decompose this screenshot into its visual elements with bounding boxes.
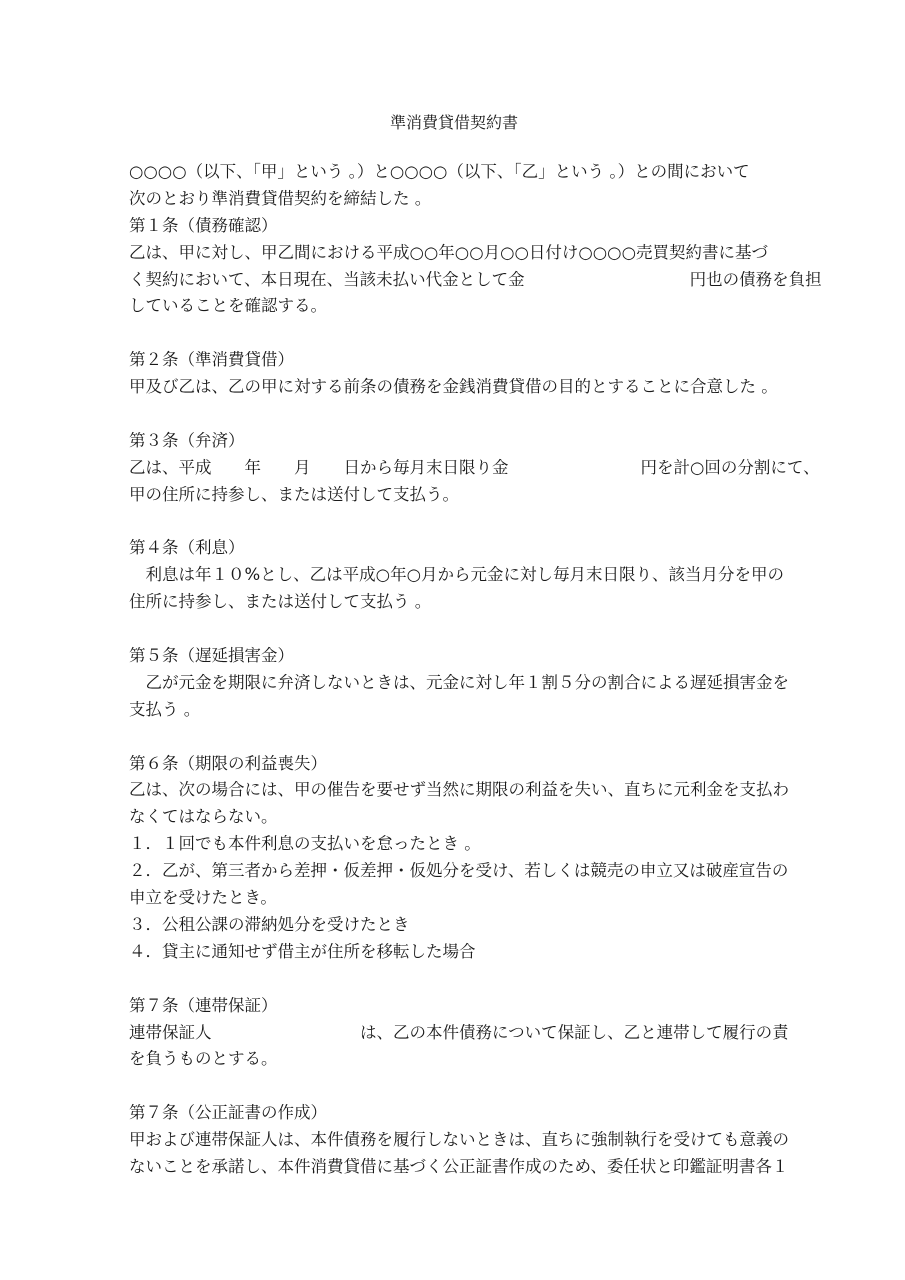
- article-line: ないことを承諾し、本件消費貸借に基づく公正証書作成のため、委任状と印鑑証明書各１: [129, 1154, 779, 1181]
- article-line: 連帯保証人 は、乙の本件債務について保証し、乙と連帯して履行の責: [129, 1020, 779, 1047]
- article-7-guarantee: 第７条（連帯保証） 連帯保証人 は、乙の本件債務について保証し、乙と連帯して履行…: [129, 993, 779, 1074]
- article-line: く契約において、本日現在、当該未払い代金として金 円也の債務を負担: [129, 267, 779, 294]
- preamble-line: 次のとおり準消費貸借契約を締結した 。: [129, 186, 779, 213]
- document-body: ○○○○（以下、「甲」という 。）と○○○○（以下、「乙」という 。）との間にお…: [129, 159, 779, 1181]
- list-item: ３．公租公課の滞納処分を受けたとき: [129, 912, 779, 939]
- article-4: 第４条（利息） 利息は年１０%とし、乙は平成○年○月から元金に対し毎月末日限り、…: [129, 535, 779, 616]
- article-5: 第５条（遅延損害金） 乙が元金を期限に弁済しないときは、元金に対し年１割５分の割…: [129, 643, 779, 724]
- list-item: ４．貸主に通知せず借主が住所を移転した場合: [129, 939, 779, 966]
- article-heading: 第５条（遅延損害金）: [129, 643, 779, 670]
- article-1: 第１条（債務確認） 乙は、甲に対し、甲乙間における平成○○年○○月○○日付け○○…: [129, 213, 779, 321]
- list-item-continued: 申立を受けたとき。: [129, 885, 779, 912]
- article-line: 乙が元金を期限に弁済しないときは、元金に対し年１割５分の割合による遅延損害金を: [129, 670, 779, 697]
- spacer: [129, 724, 779, 751]
- article-3: 第３条（弁済） 乙は、平成 年 月 日から毎月末日限り金 円を計○回の分割にて、…: [129, 428, 779, 509]
- article-heading: 第７条（連帯保証）: [129, 993, 779, 1020]
- article-line: 住所に持参し、または送付して支払う 。: [129, 589, 779, 616]
- article-line: 支払う 。: [129, 697, 779, 724]
- article-line: していることを確認する。: [129, 293, 779, 320]
- article-heading: 第７条（公正証書の作成）: [129, 1100, 779, 1127]
- article-line: 乙は、甲に対し、甲乙間における平成○○年○○月○○日付け○○○○売買契約書に基づ: [129, 240, 779, 267]
- article-line: 甲の住所に持参し、または送付して支払う。: [129, 482, 779, 509]
- spacer: [129, 1073, 779, 1100]
- article-heading: 第１条（債務確認）: [129, 213, 779, 240]
- article-line: 利息は年１０%とし、乙は平成○年○月から元金に対し毎月末日限り、該当月分を甲の: [129, 562, 779, 589]
- article-heading: 第３条（弁済）: [129, 428, 779, 455]
- article-heading: 第４条（利息）: [129, 535, 779, 562]
- article-7-notarial-deed: 第７条（公正証書の作成） 甲および連帯保証人は、本件債務を履行しないときは、直ち…: [129, 1100, 779, 1181]
- spacer: [129, 320, 779, 347]
- article-line: 乙は、平成 年 月 日から毎月末日限り金 円を計○回の分割にて、: [129, 455, 779, 482]
- article-line: 甲および連帯保証人は、本件債務を履行しないときは、直ちに強制執行を受けても意義の: [129, 1127, 779, 1154]
- article-line: を負うものとする。: [129, 1046, 779, 1073]
- article-2: 第２条（準消費貸借） 甲及び乙は、乙の甲に対する前条の債務を金銭消費貸借の目的と…: [129, 347, 779, 401]
- list-item: １．１回でも本件利息の支払いを怠ったとき 。: [129, 831, 779, 858]
- article-6: 第６条（期限の利益喪失） 乙は、次の場合には、甲の催告を要せず当然に期限の利益を…: [129, 751, 779, 966]
- spacer: [129, 616, 779, 643]
- article-line: なくてはならない。: [129, 804, 779, 831]
- article-heading: 第６条（期限の利益喪失）: [129, 751, 779, 778]
- document-title: 準消費貸借契約書: [129, 111, 779, 135]
- list-item: ２．乙が、第三者から差押・仮差押・仮処分を受け、若しくは競売の申立又は破産宣告の: [129, 858, 779, 885]
- spacer: [129, 966, 779, 993]
- spacer: [129, 401, 779, 428]
- preamble-line: ○○○○（以下、「甲」という 。）と○○○○（以下、「乙」という 。）との間にお…: [129, 159, 779, 186]
- spacer: [129, 509, 779, 536]
- article-line: 甲及び乙は、乙の甲に対する前条の債務を金銭消費貸借の目的とすることに合意した 。: [129, 374, 779, 401]
- article-heading: 第２条（準消費貸借）: [129, 347, 779, 374]
- article-line: 乙は、次の場合には、甲の催告を要せず当然に期限の利益を失い、直ちに元利金を支払わ: [129, 777, 779, 804]
